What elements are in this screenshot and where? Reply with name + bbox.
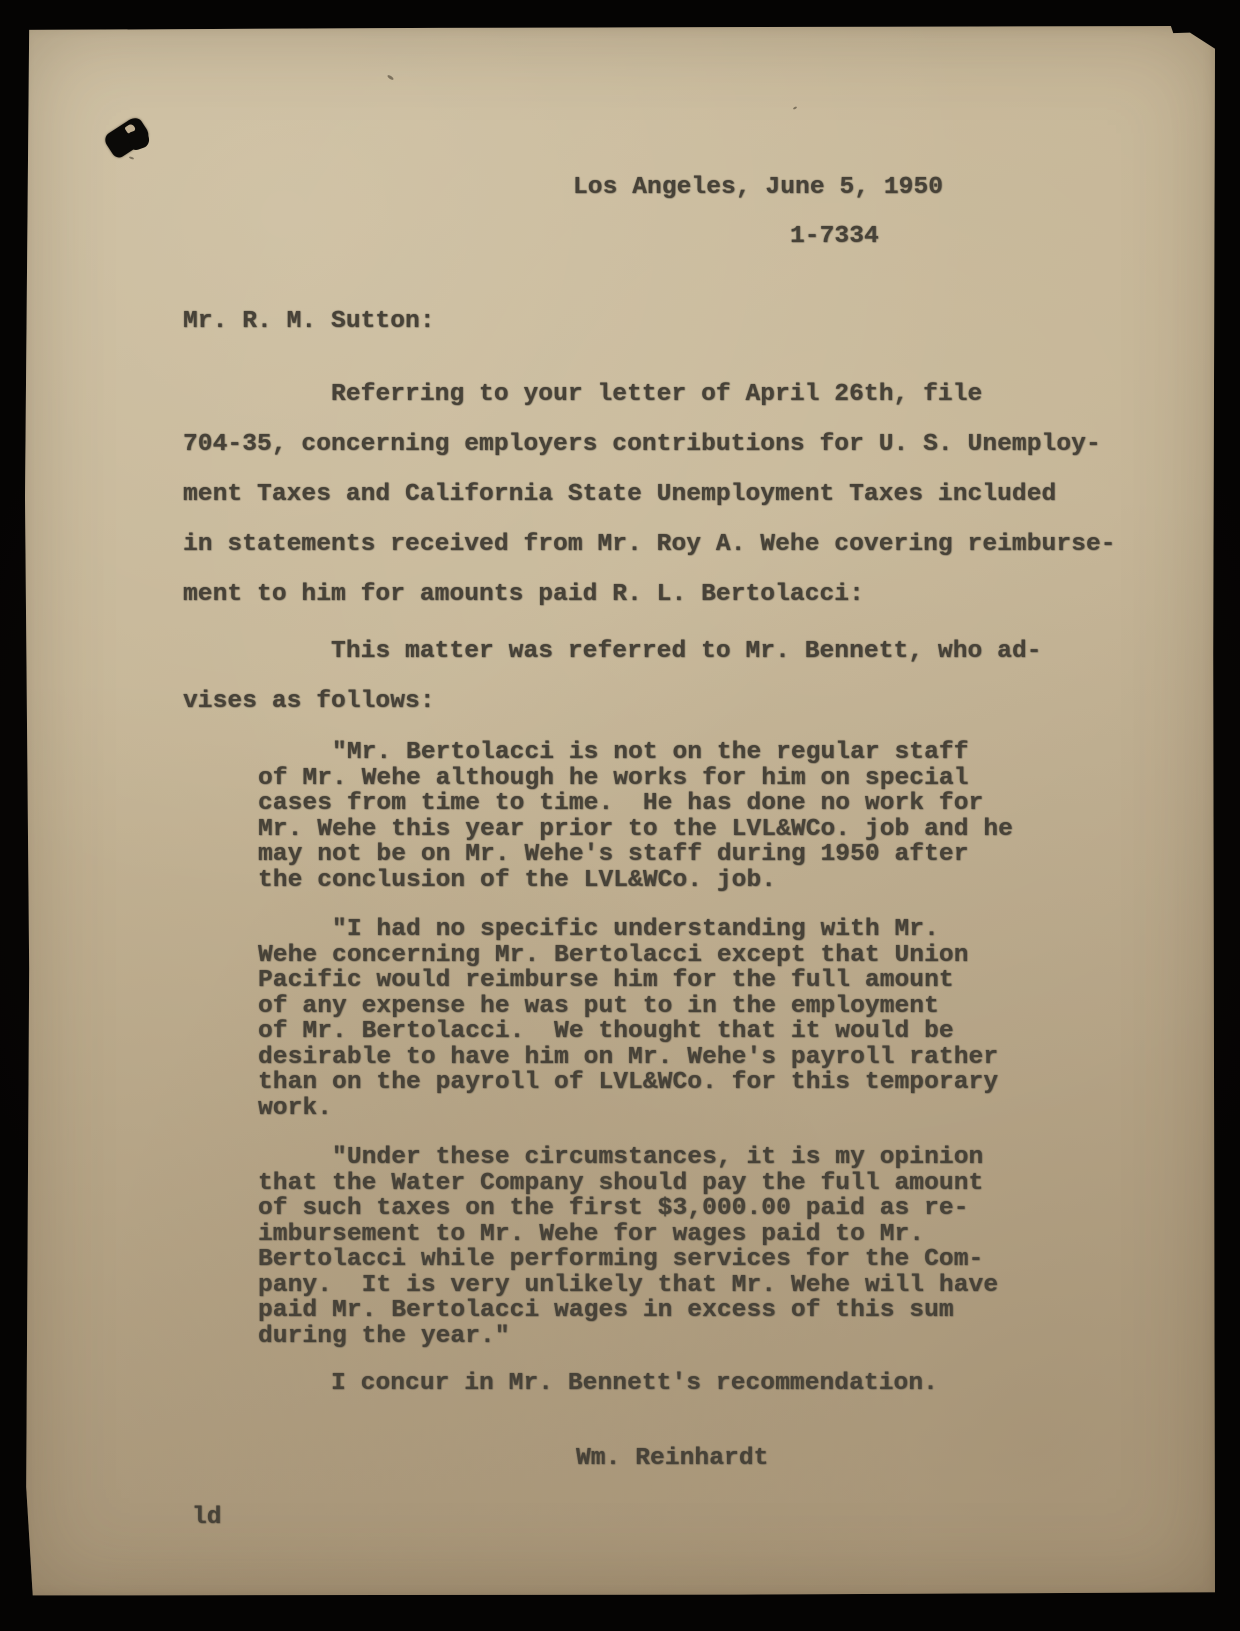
signature-name: Wm. Reinhardt — [576, 1443, 768, 1474]
letter-page: Los Angeles, June 5, 1950 1-7334 Mr. R. … — [22, 26, 1215, 1597]
typist-initials: ld — [192, 1502, 222, 1533]
dateline: Los Angeles, June 5, 1950 — [573, 173, 943, 203]
paper-speck — [387, 74, 394, 80]
paper-speck — [129, 156, 134, 160]
quoted-paragraph-1: "Mr. Bertolacci is not on the regular st… — [258, 740, 1058, 893]
body-paragraph-2: This matter was referred to Mr. Bennett,… — [183, 627, 1163, 727]
quoted-paragraph-3: "Under these circumstances, it is my opi… — [258, 1145, 1058, 1349]
salutation: Mr. R. M. Sutton: — [183, 307, 435, 337]
punch-hole-tear — [102, 115, 152, 161]
quoted-paragraph-2: "I had no specific understanding with Mr… — [258, 917, 1058, 1121]
closing-line: I concur in Mr. Bennett's recommendation… — [183, 1368, 1163, 1399]
file-number: 1-7334 — [790, 222, 879, 252]
paper-speck — [793, 106, 797, 110]
photo-background: Los Angeles, June 5, 1950 1-7334 Mr. R. … — [0, 0, 1240, 1631]
body-paragraph-1: Referring to your letter of April 26th, … — [183, 370, 1163, 620]
